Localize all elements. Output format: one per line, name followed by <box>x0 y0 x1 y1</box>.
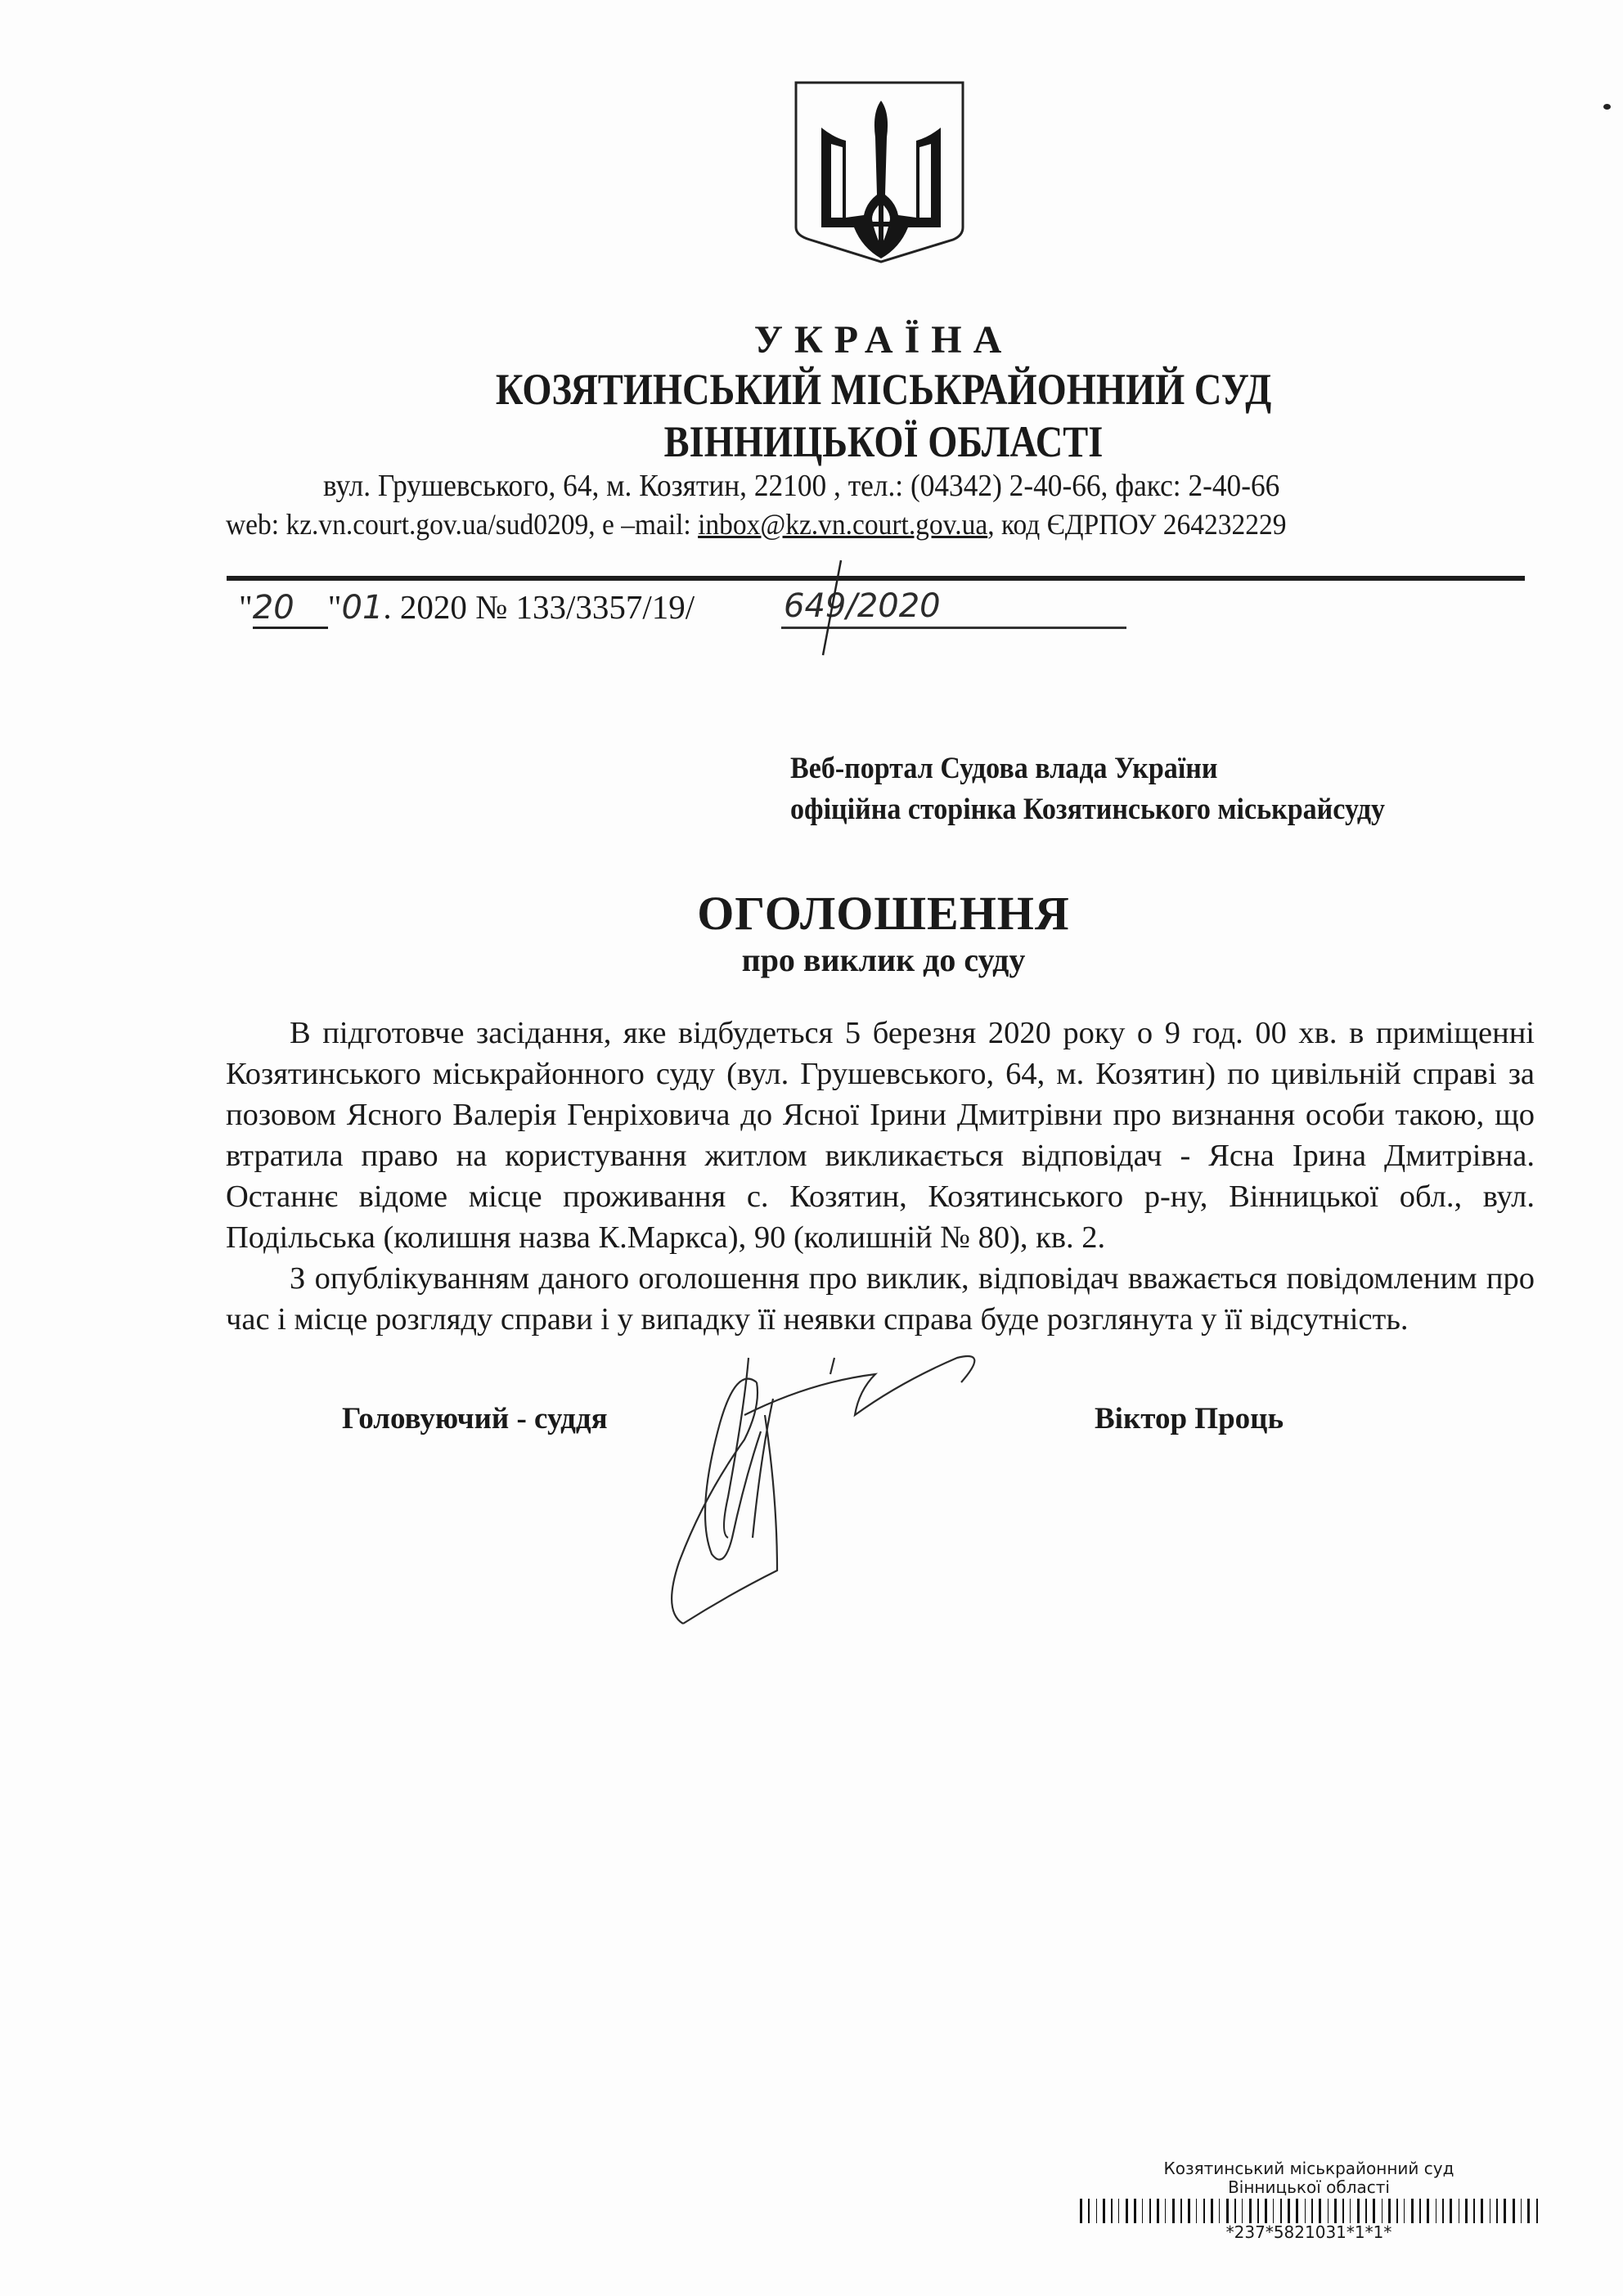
year-and-case-number: . 2020 № 133/3357/19/ <box>383 588 695 626</box>
stamp-region: Вінницької області <box>1072 2178 1546 2197</box>
notice-title: ОГОЛОШЕННЯ <box>0 886 1623 941</box>
signatory-role: Головуючий - суддя <box>342 1401 608 1436</box>
court-contacts: web: kz.vn.court.gov.ua/sud0209, е –mail… <box>226 507 1286 541</box>
notice-subtitle: про виклик до суду <box>0 941 1623 979</box>
handwritten-day: 20 <box>253 589 328 629</box>
coat-of-arms-icon <box>794 72 969 264</box>
handwritten-month: 01 <box>342 589 384 627</box>
court-name-line2: ВІННИЦЬКОЇ ОБЛАСТІ <box>124 416 1623 467</box>
addressee-line2: офіційна сторінка Козятинського міськрай… <box>790 789 1385 830</box>
addressee-block: Веб-портал Судова влада України офіційна… <box>790 748 1385 830</box>
notice-paragraph-1: В підготовче засідання, яке відбудеться … <box>226 1013 1535 1258</box>
handwritten-slash-icon <box>818 559 851 657</box>
handwritten-outgoing-number: 649/2020 <box>784 587 941 625</box>
signatory-name: Віктор Проць <box>1095 1401 1284 1436</box>
notice-paragraph-2: З опублікуванням даного оголошення про в… <box>226 1258 1535 1340</box>
notice-body: В підготовче засідання, яке відбудеться … <box>226 1013 1535 1340</box>
country-heading: УКРАЇНА <box>0 317 1623 362</box>
scan-speck <box>1603 104 1611 110</box>
website-text: web: kz.vn.court.gov.ua/sud0209, е –mail… <box>226 508 698 541</box>
email-link[interactable]: inbox@kz.vn.court.gov.ua <box>698 508 987 541</box>
registry-stamp: Козятинський міськрайонний суд Вінницько… <box>1072 2159 1546 2241</box>
court-address: вул. Грушевського, 64, м. Козятин, 22100… <box>323 468 1279 504</box>
header-divider <box>227 576 1525 581</box>
stamp-court-name: Козятинський міськрайонний суд <box>1072 2159 1546 2178</box>
edrpou-code: , код ЄДРПОУ 264232229 <box>987 508 1286 541</box>
close-quote: " <box>328 588 342 626</box>
barcode-icon <box>1080 2199 1538 2223</box>
open-quote: " <box>239 588 253 626</box>
court-name-line1: КОЗЯТИНСЬКИЙ МІСЬКРАЙОННИЙ СУД <box>124 364 1623 415</box>
registration-line: "20"01. 2020 № 133/3357/19/ <box>239 587 695 629</box>
addressee-line1: Веб-портал Судова влада України <box>790 748 1385 789</box>
barcode-number: *237*5821031*1*1* <box>1072 2223 1546 2241</box>
handwritten-signature-icon <box>630 1333 1088 1636</box>
